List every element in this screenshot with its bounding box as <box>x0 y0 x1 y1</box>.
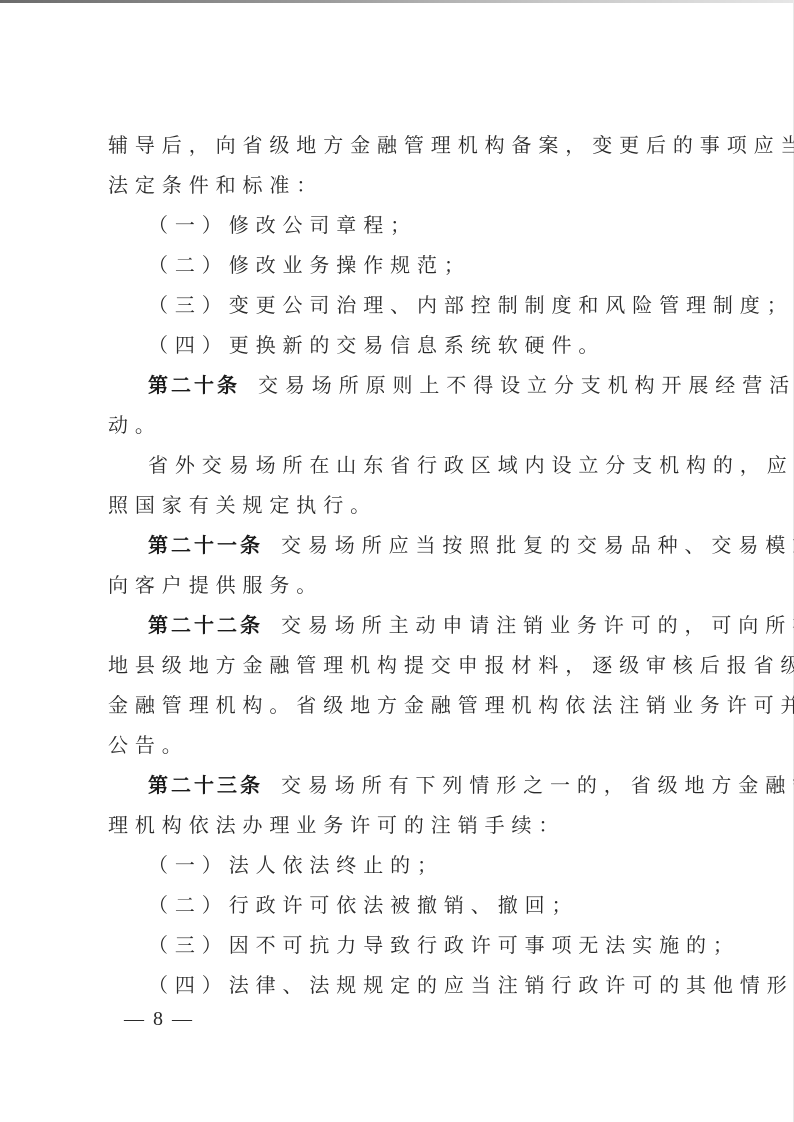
article-text: 交易场所原则上不得设立分支机构开展经营活 <box>258 373 794 397</box>
list-item: （二）修改业务操作规范； <box>148 248 471 288</box>
article-heading: 第二十一条 <box>148 533 263 557</box>
article-text: 交易场所主动申请注销业务许可的，可向所在 <box>281 613 794 637</box>
list-item: （三）变更公司治理、内部控制制度和风险管理制度； <box>148 288 794 328</box>
article-20: 第二十条交易场所原则上不得设立分支机构开展经营活 <box>148 368 794 408</box>
paragraph-line: 公告。 <box>108 728 189 768</box>
article-heading: 第二十三条 <box>148 773 263 797</box>
paragraph-line: 辅导后，向省级地方金融管理机构备案，变更后的事项应当符合 <box>108 128 794 168</box>
list-item: （三）因不可抗力导致行政许可事项无法实施的； <box>148 928 740 968</box>
paragraph-line: 照国家有关规定执行。 <box>108 488 377 528</box>
paragraph-line: 法定条件和标准： <box>108 168 323 208</box>
article-text: 交易场所有下列情形之一的，省级地方金融管 <box>281 773 794 797</box>
paragraph-line: 动。 <box>108 408 162 448</box>
paragraph-line: 金融管理机构。省级地方金融管理机构依法注销业务许可并予以 <box>108 688 794 728</box>
article-heading: 第二十条 <box>148 373 240 397</box>
article-21: 第二十一条交易场所应当按照批复的交易品种、交易模式 <box>148 528 794 568</box>
article-22: 第二十二条交易场所主动申请注销业务许可的，可向所在 <box>148 608 794 648</box>
list-item: （一）修改公司章程； <box>148 208 417 248</box>
list-item: （四）法律、法规规定的应当注销行政许可的其他情形。 <box>148 968 794 1008</box>
list-item: （一）法人依法终止的； <box>148 848 444 888</box>
article-23: 第二十三条交易场所有下列情形之一的，省级地方金融管 <box>148 768 794 808</box>
paragraph-line: 地县级地方金融管理机构提交申报材料，逐级审核后报省级地方 <box>108 648 794 688</box>
paragraph-line: 理机构依法办理业务许可的注销手续： <box>108 808 565 848</box>
scan-top-edge <box>0 0 794 3</box>
article-heading: 第二十二条 <box>148 613 263 637</box>
list-item: （二）行政许可依法被撤销、撤回； <box>148 888 578 928</box>
page-number: — 8 — <box>124 1008 194 1031</box>
paragraph-line: 向客户提供服务。 <box>108 568 323 608</box>
paragraph-line: 省外交易场所在山东省行政区域内设立分支机构的，应当按 <box>148 448 794 488</box>
list-item: （四）更换新的交易信息系统软硬件。 <box>148 328 605 368</box>
article-text: 交易场所应当按照批复的交易品种、交易模式 <box>281 533 794 557</box>
